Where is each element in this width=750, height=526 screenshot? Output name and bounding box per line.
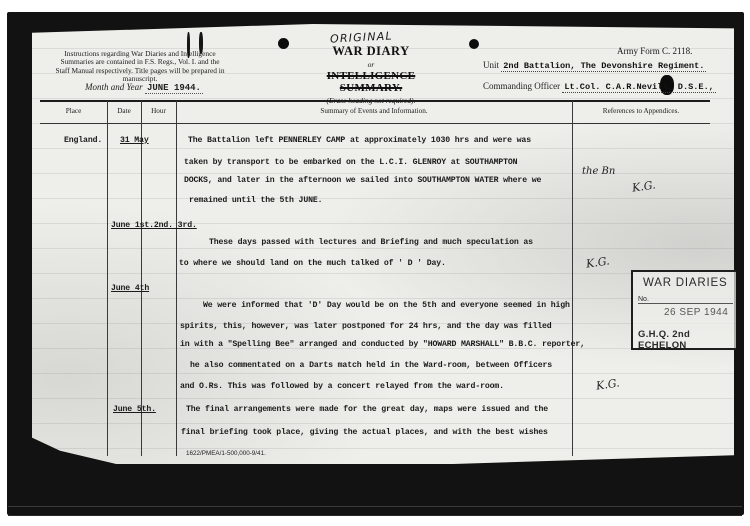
commanding-officer-field: Commanding Officer Lt.Col. C.A.R.Nevill,… [483, 81, 716, 92]
title-war-diary: WAR DIARY [296, 44, 446, 59]
unit-field: Unit 2nd Battalion, The Devonshire Regim… [483, 60, 706, 71]
entry-line: and O.Rs. This was followed by a concert… [180, 382, 504, 391]
entry-line: The Battalion left PENNERLEY CAMP at app… [188, 136, 531, 145]
form-print-code: 1622/PMEA/1-500,000-9/41. [186, 450, 266, 457]
entry-line: spirits, this, however, was later postpo… [180, 322, 552, 331]
photo-edge [8, 506, 742, 516]
entry-line: final briefing took place, giving the ac… [181, 428, 548, 437]
entry-line: he also commentated on a Darts match hel… [190, 361, 552, 370]
entry-date: June 5th. [113, 405, 156, 414]
stamp-number-label: No. [638, 296, 733, 304]
entry-line: The final arrangements were made for the… [186, 405, 548, 414]
column-header-date: Date [107, 107, 141, 115]
entry-line: We were informed that 'D' Day would be o… [203, 301, 570, 310]
army-form-number: Army Form C. 2118. [617, 46, 692, 56]
entry-line: taken by transport to be embarked on the… [184, 158, 517, 167]
commanding-officer-label: Commanding Officer [483, 81, 560, 91]
column-header-summary: Summary of Events and Information. [176, 107, 572, 115]
column-divider [176, 101, 177, 456]
war-diaries-stamp: WAR DIARIES No. 26 SEP 1944 G.H.Q. 2nd E… [631, 270, 736, 350]
entry-date: June 1st.2nd. 3rd. [111, 221, 197, 230]
stamp-title: WAR DIARIES [643, 277, 727, 289]
commanding-officer-value: Lt.Col. C.A.R.Nevill, D.S.E., [562, 82, 716, 93]
column-header-references: References to Appendices. [572, 107, 710, 115]
entry-date: 31 May [120, 136, 149, 145]
entry-line: remained until the 5th JUNE. [189, 196, 322, 205]
stamp-echelon: G.H.Q. 2nd ECHELON [638, 329, 736, 351]
title-intelligence-summary-struck: INTELLIGENCE SUMMARY. [296, 70, 446, 94]
unit-value: 2nd Battalion, The Devonshire Regiment. [501, 61, 706, 72]
column-header-hour: Hour [141, 107, 176, 115]
form-title: WAR DIARY or INTELLIGENCE SUMMARY. (Eras… [296, 44, 446, 105]
entry-line: to where we should land on the much talk… [179, 259, 446, 268]
month-year-field: Month and Year JUNE 1944. [85, 82, 203, 93]
punch-hole-left [278, 38, 289, 49]
column-divider [141, 101, 142, 456]
entry-line: in with a "Spelling Bee" arranged and co… [180, 340, 585, 349]
entry-line: These days passed with lectures and Brie… [209, 238, 533, 247]
month-year-label: Month and Year [85, 82, 143, 92]
entry-place: England. [64, 136, 102, 145]
month-year-value: JUNE 1944. [145, 83, 203, 94]
handwritten-reference: the Bn [582, 166, 615, 177]
title-or: or [296, 60, 446, 69]
column-divider [572, 101, 573, 456]
column-header-place: Place [40, 107, 107, 115]
entry-date: June 4th [111, 284, 149, 293]
entry-line: DOCKS, and later in the afternoon we sai… [184, 176, 541, 185]
column-divider [107, 101, 108, 456]
form-instructions: Instructions regarding War Diaries and I… [55, 50, 225, 83]
stamp-date: 26 SEP 1944 [664, 307, 728, 318]
punch-hole-right [469, 39, 479, 49]
unit-label: Unit [483, 60, 499, 70]
